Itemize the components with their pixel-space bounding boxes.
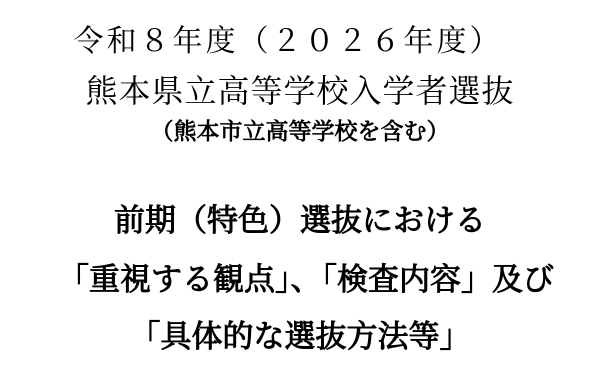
main-title-line-1: 前期（特色）選抜における bbox=[0, 206, 600, 237]
exam-scope-subtitle: （熊本市立高等学校を含む） bbox=[0, 121, 600, 144]
exam-title-heading: 熊本県立高等学校入学者選抜 bbox=[0, 75, 600, 107]
main-title-line-3: 「具体的な選抜方法等」 bbox=[0, 322, 600, 353]
main-title-line-2: 「重視する観点」、「検査内容」及び bbox=[6, 265, 600, 296]
fiscal-year-heading: 令和８年度（２０２６年度） bbox=[0, 27, 588, 57]
